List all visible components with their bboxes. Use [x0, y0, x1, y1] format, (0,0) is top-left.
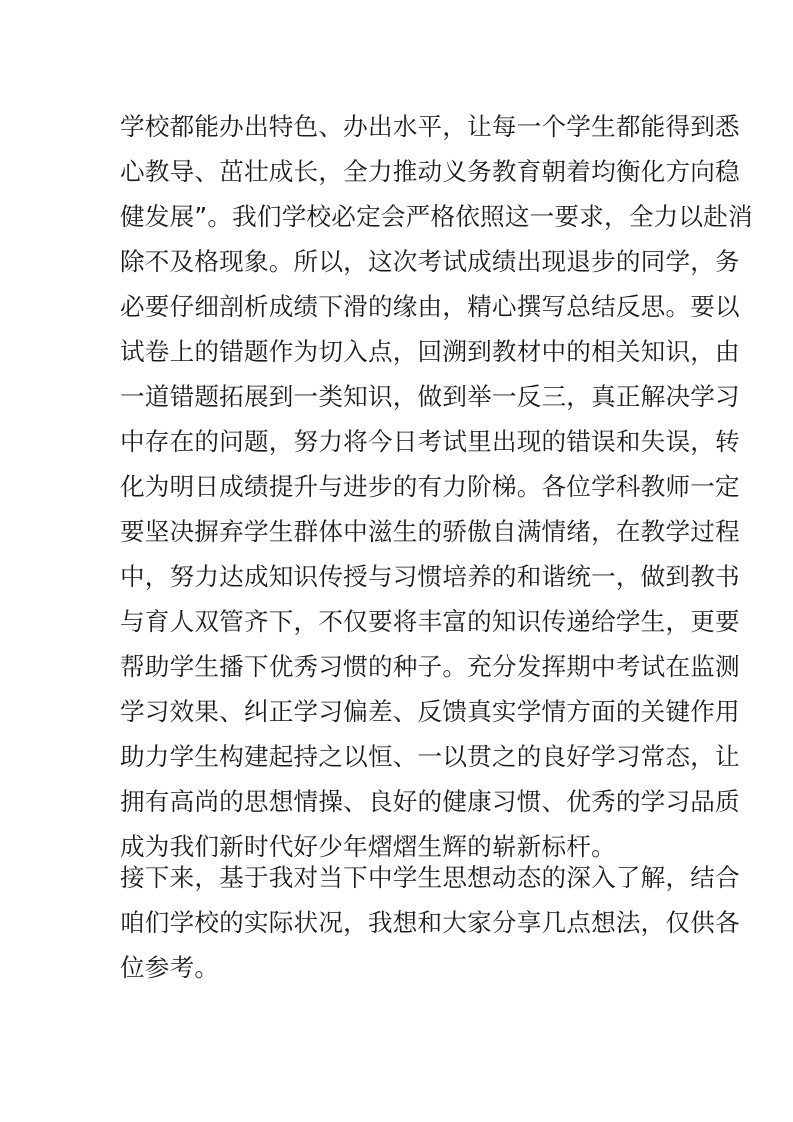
body-paragraph-2: 接下来，基于我对当下中学生思想动态的深入了解，结合 咱们学校的实际状况，我想和大…	[120, 855, 680, 990]
text-line: 帮助学生播下优秀习惯的种子。充分发挥期中考试在监测	[120, 644, 680, 689]
text-line: 接下来，基于我对当下中学生思想动态的深入了解，结合	[120, 855, 680, 900]
text-line: 咱们学校的实际状况，我想和大家分享几点想法，仅供各	[120, 900, 680, 945]
document-page: 学校都能办出特色、办出水平，让每一个学生都能得到悉 心教导、茁壮成长，全力推动义…	[0, 0, 793, 1122]
text-line: 中，努力达成知识传授与习惯培养的和谐统一，做到教书	[120, 554, 680, 599]
text-line: 必要仔细剖析成绩下滑的缘由，精心撰写总结反思。要以	[120, 284, 680, 329]
text-line: 化为明日成绩提升与进步的有力阶梯。各位学科教师一定	[120, 464, 680, 509]
text-line: 健发展”。我们学校必定会严格依照这一要求，全力以赴消	[120, 194, 680, 239]
text-line: 学习效果、纠正学习偏差、反馈真实学情方面的关键作用	[120, 689, 680, 734]
text-line: 试卷上的错题作为切入点，回溯到教材中的相关知识，由	[120, 329, 680, 374]
body-paragraph-1: 学校都能办出特色、办出水平，让每一个学生都能得到悉 心教导、茁壮成长，全力推动义…	[120, 104, 680, 869]
text-line: 助力学生构建起持之以恒、一以贯之的良好学习常态，让	[120, 734, 680, 779]
text-line: 与育人双管齐下，不仅要将丰富的知识传递给学生，更要	[120, 599, 680, 644]
text-line: 一道错题拓展到一类知识，做到举一反三，真正解决学习	[120, 374, 680, 419]
text-line: 位参考。	[120, 945, 680, 990]
text-line: 除不及格现象。所以，这次考试成绩出现退步的同学，务	[120, 239, 680, 284]
text-line: 心教导、茁壮成长，全力推动义务教育朝着均衡化方向稳	[120, 149, 680, 194]
text-line: 中存在的问题，努力将今日考试里出现的错误和失误，转	[120, 419, 680, 464]
text-line: 要坚决摒弃学生群体中滋生的骄傲自满情绪，在教学过程	[120, 509, 680, 554]
text-line: 学校都能办出特色、办出水平，让每一个学生都能得到悉	[120, 104, 680, 149]
text-line: 拥有高尚的思想情操、良好的健康习惯、优秀的学习品质	[120, 779, 680, 824]
